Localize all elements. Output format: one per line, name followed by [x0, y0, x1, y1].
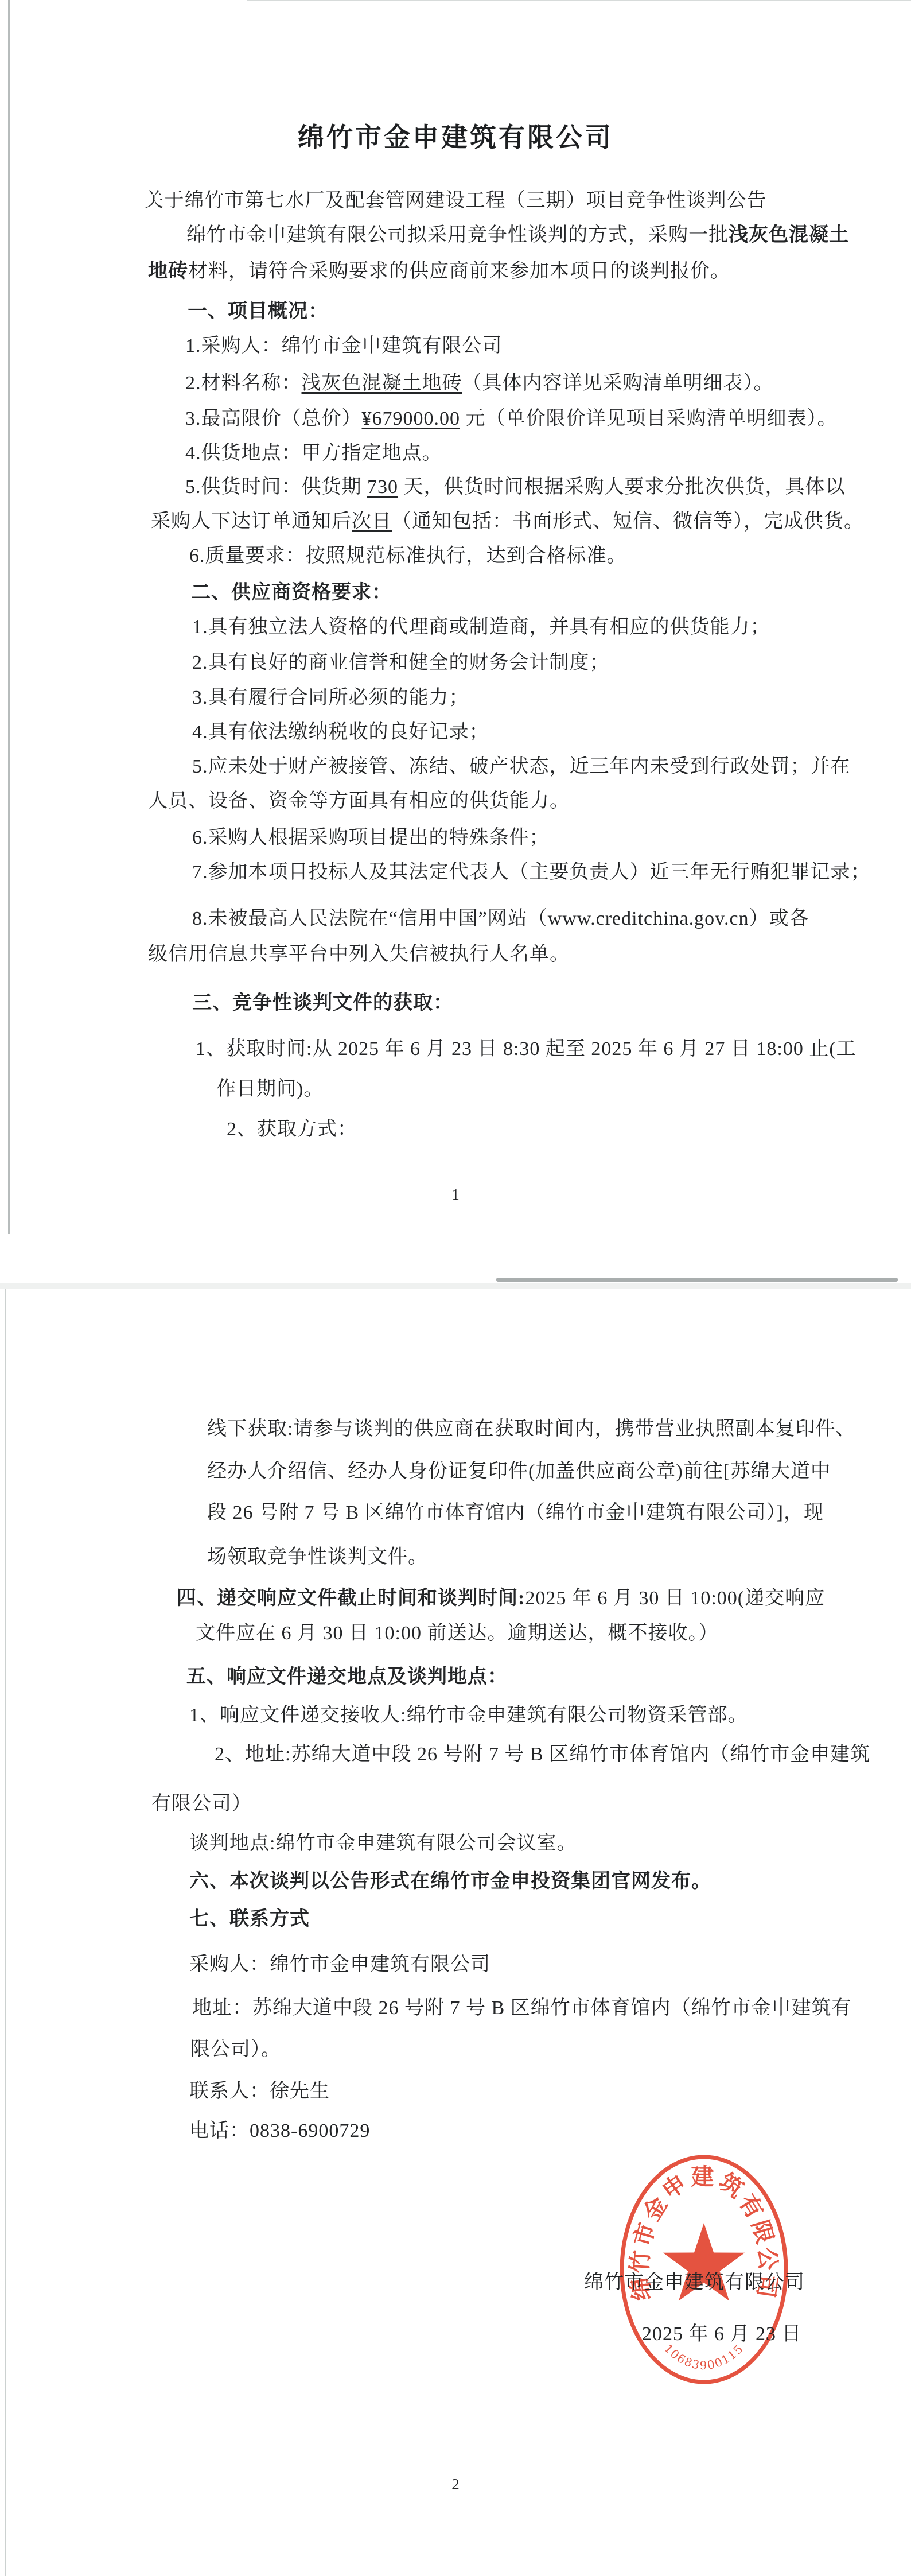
section4-heading-line: 四、递交响应文件截止时间和谈判时间:2025 年 6 月 30 日 10:00(…	[177, 1587, 825, 1610]
section3-heading: 三、竞争性谈判文件的获取：	[192, 992, 453, 1015]
document-subtitle: 关于绵竹市第七水厂及配套管网建设工程（三期）项目竞争性谈判公告	[0, 189, 911, 212]
material-name-underlined: 浅灰色混凝土地砖	[302, 373, 462, 394]
scan-edge-line	[247, 0, 911, 1]
section5-negotiation-place: 谈判地点:绵竹市金申建筑有限公司会议室。	[189, 1832, 577, 1855]
section5-item2-address-line2: 有限公司）	[151, 1793, 252, 1815]
page-divider	[0, 1283, 911, 1289]
next-day-underlined: 次日	[352, 511, 392, 532]
section5-item2-address-line1: 2、地址:苏绵大道中段 26 号附 7 号 B 区绵竹市体育馆内（绵竹市金申建筑	[215, 1743, 870, 1766]
section2-item2: 2.具有良好的商业信誉和健全的财务会计制度；	[192, 651, 610, 674]
company-seal-stamp: 绵竹市金申建筑有限公司 5106839001150	[614, 2151, 793, 2388]
section2-item8-line2: 级信用信息共享平台中列入失信被执行人名单。	[148, 943, 570, 966]
signature-company: 绵竹市金申建筑有限公司	[584, 2271, 805, 2294]
intro-line-2: 地砖材料，请符合采购要求的供应商前来参加本项目的谈判报价。	[148, 260, 730, 283]
section1-item5-delivery-time: 5.供货时间：供货期 730 天，供货时间根据采购人要求分批次供货，具体以	[185, 476, 846, 499]
intro-material-bold: 浅灰色混凝土	[729, 224, 849, 246]
section3-item1-line1: 1、获取时间:从 2025 年 6 月 23 日 8:30 起至 2025 年 …	[196, 1038, 857, 1061]
page-number-1: 1	[0, 1183, 911, 1206]
section2-item5-line2: 人员、设备、资金等方面具有相应的供货能力。	[148, 790, 570, 813]
item-text: 天，供货时间根据采购人要求分批次供货，具体以	[398, 476, 846, 498]
price-underlined: ¥679000.00	[362, 408, 461, 429]
section4-line2: 文件应在 6 月 30 日 10:00 前送达。逾期送达，概不接收。）	[196, 1622, 718, 1645]
item-text: 采购人下达订单通知后	[151, 511, 352, 532]
section5-heading: 五、响应文件递交地点及谈判地点：	[186, 1666, 508, 1689]
page-1: 绵竹市金申建筑有限公司 关于绵竹市第七水厂及配套管网建设工程（三期）项目竞争性谈…	[0, 0, 911, 1283]
contact-address-line1: 地址：苏绵大道中段 26 号附 7 号 B 区绵竹市体育馆内（绵竹市金申建筑有	[192, 1997, 852, 2020]
contact-buyer: 采购人：绵竹市金申建筑有限公司	[189, 1953, 490, 1976]
page-2: 线下获取:请参与谈判的供应商在获取时间内，携带营业执照副本复印件、 经办人介绍信…	[0, 1289, 911, 2576]
scan-edge-line	[5, 1289, 6, 2576]
intro-line-1: 绵竹市金申建筑有限公司拟采用竞争性谈判的方式，采购一批浅灰色混凝土	[186, 224, 849, 247]
document-title: 绵竹市金申建筑有限公司	[0, 126, 911, 149]
section2-item3: 3.具有履行合同所必须的能力；	[192, 686, 469, 709]
contact-phone: 电话：0838-6900729	[189, 2120, 370, 2143]
section2-item6: 6.采购人根据采购项目提出的特殊条件；	[192, 827, 550, 849]
contact-person: 联系人：徐先生	[189, 2080, 330, 2103]
section1-item6-quality: 6.质量要求：按照规范标准执行，达到合格标准。	[189, 545, 627, 568]
page-edge-shadow	[496, 1278, 898, 1282]
item-label: 5.供货时间：供货期	[185, 476, 367, 498]
section5-item1-receiver: 1、响应文件递交接收人:绵竹市金申建筑有限公司物资采管部。	[189, 1704, 748, 1727]
section2-item7: 7.参加本项目投标人及其法定代表人（主要负责人）近三年无行贿犯罪记录；	[192, 861, 871, 884]
scan-edge-line	[8, 0, 10, 1234]
signature-date: 2025 年 6 月 23 日	[642, 2323, 802, 2346]
item-note: 元（单价限价详见项目采购清单明细表）。	[460, 408, 838, 429]
section2-item4: 4.具有依法缴纳税收的良好记录；	[192, 721, 489, 744]
section6-heading: 六、本次谈判以公告形式在绵竹市金申投资集团官网发布。	[189, 1870, 711, 1893]
section2-item1: 1.具有独立法人资格的代理商或制造商，并具有相应的供货能力；	[192, 616, 770, 639]
offline-obtain-line3: 段 26 号附 7 号 B 区绵竹市体育馆内（绵竹市金申建筑有限公司）]，现	[207, 1502, 824, 1524]
section3-item1-line2: 作日期间)。	[216, 1078, 324, 1101]
section1-item4-delivery-place: 4.供货地点：甲方指定地点。	[185, 442, 442, 465]
intro-text: 材料，请符合采购要求的供应商前来参加本项目的谈判报价。	[188, 261, 730, 282]
section7-heading: 七、联系方式	[189, 1908, 310, 1931]
days-underlined: 730	[367, 476, 398, 498]
offline-obtain-line2: 经办人介绍信、经办人身份证复印件(加盖供应商公章)前往[苏绵大道中	[207, 1460, 831, 1483]
contact-address-line2: 限公司）。	[190, 2038, 281, 2061]
seal-graphic: 绵竹市金申建筑有限公司 5106839001150	[614, 2151, 793, 2388]
section4-deadline: 2025 年 6 月 30 日 10:00(递交响应	[525, 1588, 825, 1609]
scanned-document: 绵竹市金申建筑有限公司 关于绵竹市第七水厂及配套管网建设工程（三期）项目竞争性谈…	[0, 0, 911, 2576]
section1-item2-material: 2.材料名称：浅灰色混凝土地砖（具体内容详见采购清单明细表）。	[185, 372, 774, 395]
intro-material-bold: 地砖	[148, 261, 188, 282]
item-note: （具体内容详见采购清单明细表）。	[462, 373, 774, 394]
section1-item3-price: 3.最高限价（总价）¥679000.00 元（单价限价详见项目采购清单明细表）。	[185, 408, 838, 430]
section2-item5-line1: 5.应未处于财产被接管、冻结、破产状态，近三年内未受到行政处罚；并在	[192, 755, 851, 778]
section1-heading: 一、项目概况：	[188, 300, 328, 323]
section3-item2: 2、获取方式：	[227, 1118, 357, 1141]
page-number-2: 2	[0, 2473, 911, 2496]
offline-obtain-line1: 线下获取:请参与谈判的供应商在获取时间内，携带营业执照副本复印件、	[207, 1418, 855, 1441]
offline-obtain-line4: 场领取竞争性谈判文件。	[207, 1546, 428, 1569]
intro-text: 绵竹市金申建筑有限公司拟采用竞争性谈判的方式，采购一批	[186, 224, 729, 246]
section2-heading: 二、供应商资格要求：	[191, 581, 392, 604]
section1-item5-continuation: 采购人下达订单通知后次日（通知包括：书面形式、短信、微信等），完成供货。	[151, 510, 864, 533]
section4-heading: 四、递交响应文件截止时间和谈判时间:	[177, 1588, 525, 1609]
item-text: （通知包括：书面形式、短信、微信等），完成供货。	[392, 511, 864, 532]
item-label: 3.最高限价（总价）	[185, 408, 362, 429]
item-label: 2.材料名称：	[185, 373, 302, 394]
section2-item8-line1: 8.未被最高人民法院在“信用中国”网站（www.creditchina.gov.…	[192, 907, 809, 930]
section1-item1-buyer: 1.采购人：绵竹市金申建筑有限公司	[185, 335, 503, 358]
